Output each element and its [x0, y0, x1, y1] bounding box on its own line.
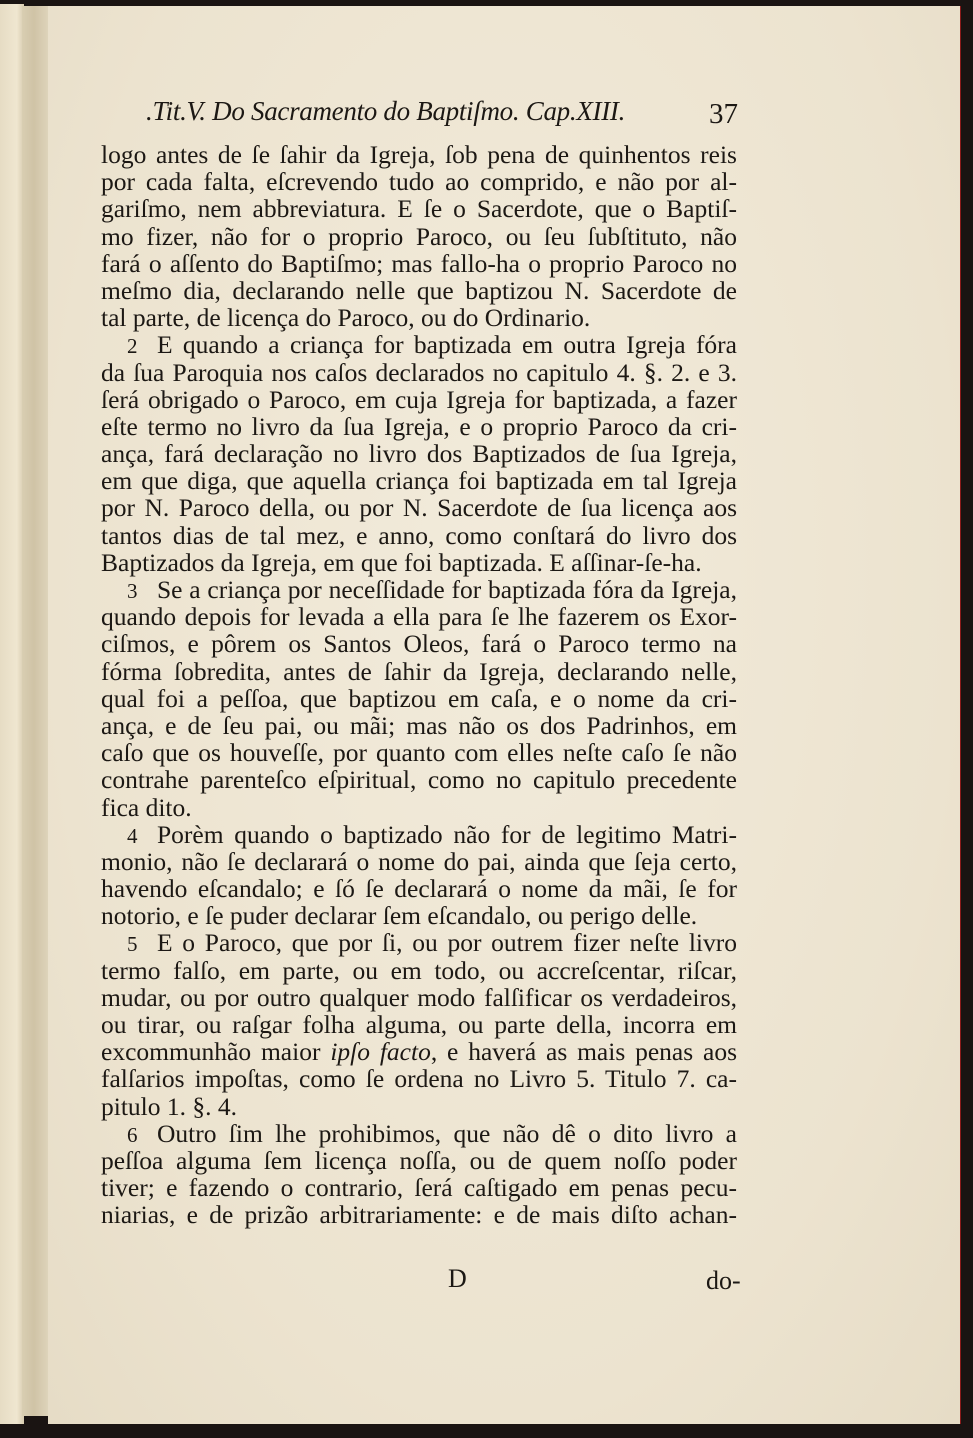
- text-line: em que diga, que aquella criança foi bap…: [101, 467, 737, 494]
- line-text: fará o aſſento do Baptiſmo; mas fallo-ha…: [101, 249, 737, 278]
- paragraph-number: 6: [127, 1122, 157, 1149]
- line-text: Se a criança por neceſſidade for baptiza…: [157, 575, 737, 604]
- line-text: tiver; e fazendo o contrario, ſerá caſti…: [101, 1173, 737, 1202]
- paragraph-number: 3: [127, 578, 157, 605]
- text-line: Baptizados da Igreja, em que foi baptiza…: [101, 549, 737, 576]
- text-line: peſſoa alguma ſem licença noſſa, ou de q…: [101, 1147, 737, 1174]
- line-text: notorio, e ſe puder declarar ſem eſcanda…: [101, 901, 697, 930]
- line-text: quando depois for levada a ella para ſe …: [101, 602, 737, 631]
- paragraph-start-line: 6Outro ſim lhe prohibimos, que não dê o …: [101, 1120, 737, 1147]
- page-footer: D do-: [0, 1264, 973, 1298]
- page-header: .Tit.V. Do Sacramento do Baptiſmo. Cap.X…: [146, 96, 746, 136]
- text-line: ciſmos, e pôrem os Santos Oleos, fará o …: [101, 630, 737, 657]
- line-text: qual foi a peſſoa, que baptizou em caſa,…: [101, 684, 737, 713]
- page-number: 37: [709, 98, 738, 131]
- line-text: niarias, e de prizão arbitrariamente: e …: [101, 1200, 737, 1229]
- text-line: quando depois for levada a ella para ſe …: [101, 603, 737, 630]
- line-text: falſarios impoſtas, como ſe ordena no Li…: [101, 1064, 737, 1093]
- text-line: caſo que os houveſſe, por quanto com ell…: [101, 739, 737, 766]
- text-line: gariſmo, nem abbreviatura. E ſe o Sacerd…: [101, 195, 737, 222]
- text-line: tal parte, de licença do Paroco, ou do O…: [101, 304, 737, 331]
- line-text: ou tirar, ou raſgar folha alguma, ou par…: [101, 1010, 737, 1039]
- line-text: ança, fará declaração no livro dos Bapti…: [101, 439, 737, 468]
- text-line: mo fizer, não for o proprio Paroco, ou ſ…: [101, 223, 737, 250]
- line-text: excommunhão maior ipſo facto, e haverá a…: [101, 1037, 737, 1066]
- line-text: em que diga, que aquella criança foi bap…: [101, 466, 737, 495]
- line-text: Porèm quando o baptizado não for de legi…: [157, 820, 737, 849]
- text-line: fórma ſobredita, antes de ſahir da Igrej…: [101, 658, 737, 685]
- line-text: havendo eſcandalo; e ſó ſe declarará o n…: [101, 874, 737, 903]
- line-text: gariſmo, nem abbreviatura. E ſe o Sacerd…: [101, 194, 737, 223]
- line-text: tal parte, de licença do Paroco, ou do O…: [101, 303, 590, 332]
- text-line: havendo eſcandalo; e ſó ſe declarará o n…: [101, 875, 737, 902]
- latin-phrase: ipſo facto: [330, 1037, 431, 1066]
- paragraph-start-line: 2E quando a criança for baptizada em out…: [101, 331, 737, 358]
- line-text: por cada falta, eſcrevendo tudo ao compr…: [101, 167, 737, 196]
- paragraph-number: 5: [127, 931, 157, 958]
- line-text: da ſua Paroquia nos caſos declarados no …: [101, 358, 737, 387]
- text-line: monio, não ſe declarará o nome do pai, a…: [101, 848, 737, 875]
- text-line: pitulo 1. §. 4.: [101, 1093, 737, 1120]
- text-line: ança, e de ſeu pai, ou mãi; mas não os d…: [101, 712, 737, 739]
- line-text: Baptizados da Igreja, em que foi baptiza…: [101, 548, 702, 577]
- running-title: .Tit.V. Do Sacramento do Baptiſmo. Cap.X…: [146, 96, 625, 127]
- line-text: ciſmos, e pôrem os Santos Oleos, fará o …: [101, 629, 737, 658]
- line-text: peſſoa alguma ſem licença noſſa, ou de q…: [101, 1146, 737, 1175]
- text-line: logo antes de ſe ſahir da Igreja, ſob pe…: [101, 141, 737, 168]
- text-line: ança, fará declaração no livro dos Bapti…: [101, 440, 737, 467]
- line-text: pitulo 1. §. 4.: [101, 1092, 237, 1121]
- paragraph-number: 4: [127, 823, 157, 850]
- text-line: notorio, e ſe puder declarar ſem eſcanda…: [101, 902, 737, 929]
- text-line: por cada falta, eſcrevendo tudo ao compr…: [101, 168, 737, 195]
- line-text: logo antes de ſe ſahir da Igreja, ſob pe…: [101, 140, 737, 169]
- text-line: meſmo dia, declarando nelle que baptizou…: [101, 277, 737, 304]
- line-text: E o Paroco, que por ſi, ou por outrem fi…: [157, 928, 737, 957]
- line-text: termo falſo, em parte, ou em todo, ou ac…: [101, 956, 737, 985]
- text-line: tantos dias de tal mez, e anno, como con…: [101, 522, 737, 549]
- text-line: falſarios impoſtas, como ſe ordena no Li…: [101, 1065, 737, 1092]
- left-page-edge: [0, 4, 24, 1424]
- catchword: do-: [706, 1266, 741, 1296]
- text-line: termo falſo, em parte, ou em todo, ou ac…: [101, 957, 737, 984]
- line-text: eſte termo no livro da ſua Igreja, e o p…: [101, 412, 737, 441]
- paragraph-start-line: 3Se a criança por neceſſidade for baptiz…: [101, 576, 737, 603]
- signature-mark: D: [448, 1264, 467, 1294]
- line-text: mo fizer, não for o proprio Paroco, ou ſ…: [101, 222, 737, 251]
- text-line: mudar, ou por outro qualquer modo falſif…: [101, 984, 737, 1011]
- line-text: meſmo dia, declarando nelle que baptizou…: [101, 276, 737, 305]
- line-text: contrahe parenteſco eſpiritual, como no …: [101, 765, 737, 794]
- text-line: fica dito.: [101, 794, 737, 821]
- line-text: monio, não ſe declarará o nome do pai, a…: [101, 847, 737, 876]
- paragraph-start-line: 4Porèm quando o baptizado não for de leg…: [101, 821, 737, 848]
- text-line: por N. Paroco della, ou por N. Sacerdote…: [101, 494, 737, 521]
- line-text: Outro ſim lhe prohibimos, que não dê o d…: [157, 1119, 737, 1148]
- text-line: fará o aſſento do Baptiſmo; mas fallo-ha…: [101, 250, 737, 277]
- paragraph-start-line: 5E o Paroco, que por ſi, ou por outrem f…: [101, 929, 737, 956]
- text-line: contrahe parenteſco eſpiritual, como no …: [101, 766, 737, 793]
- line-text: mudar, ou por outro qualquer modo falſif…: [101, 983, 737, 1012]
- text-line: tiver; e fazendo o contrario, ſerá caſti…: [101, 1174, 737, 1201]
- text-line: excommunhão maior ipſo facto, e haverá a…: [101, 1038, 737, 1065]
- paragraph-number: 2: [127, 333, 157, 360]
- text-line: eſte termo no livro da ſua Igreja, e o p…: [101, 413, 737, 440]
- line-text: fica dito.: [101, 793, 192, 822]
- line-text: tantos dias de tal mez, e anno, como con…: [101, 521, 737, 550]
- line-text: ſerá obrigado o Paroco, em cuja Igreja f…: [101, 385, 737, 414]
- text-line: niarias, e de prizão arbitrariamente: e …: [101, 1201, 737, 1228]
- body-text: logo antes de ſe ſahir da Igreja, ſob pe…: [101, 141, 737, 1229]
- text-line: da ſua Paroquia nos caſos declarados no …: [101, 359, 737, 386]
- line-text: E quando a criança for baptizada em outr…: [157, 330, 737, 359]
- text-line: qual foi a peſſoa, que baptizou em caſa,…: [101, 685, 737, 712]
- line-text: por N. Paroco della, ou por N. Sacerdote…: [101, 493, 737, 522]
- text-line: ſerá obrigado o Paroco, em cuja Igreja f…: [101, 386, 737, 413]
- line-text: ança, e de ſeu pai, ou mãi; mas não os d…: [101, 711, 737, 740]
- line-text: fórma ſobredita, antes de ſahir da Igrej…: [101, 657, 737, 686]
- text-line: ou tirar, ou raſgar folha alguma, ou par…: [101, 1011, 737, 1038]
- line-text: caſo que os houveſſe, por quanto com ell…: [101, 738, 737, 767]
